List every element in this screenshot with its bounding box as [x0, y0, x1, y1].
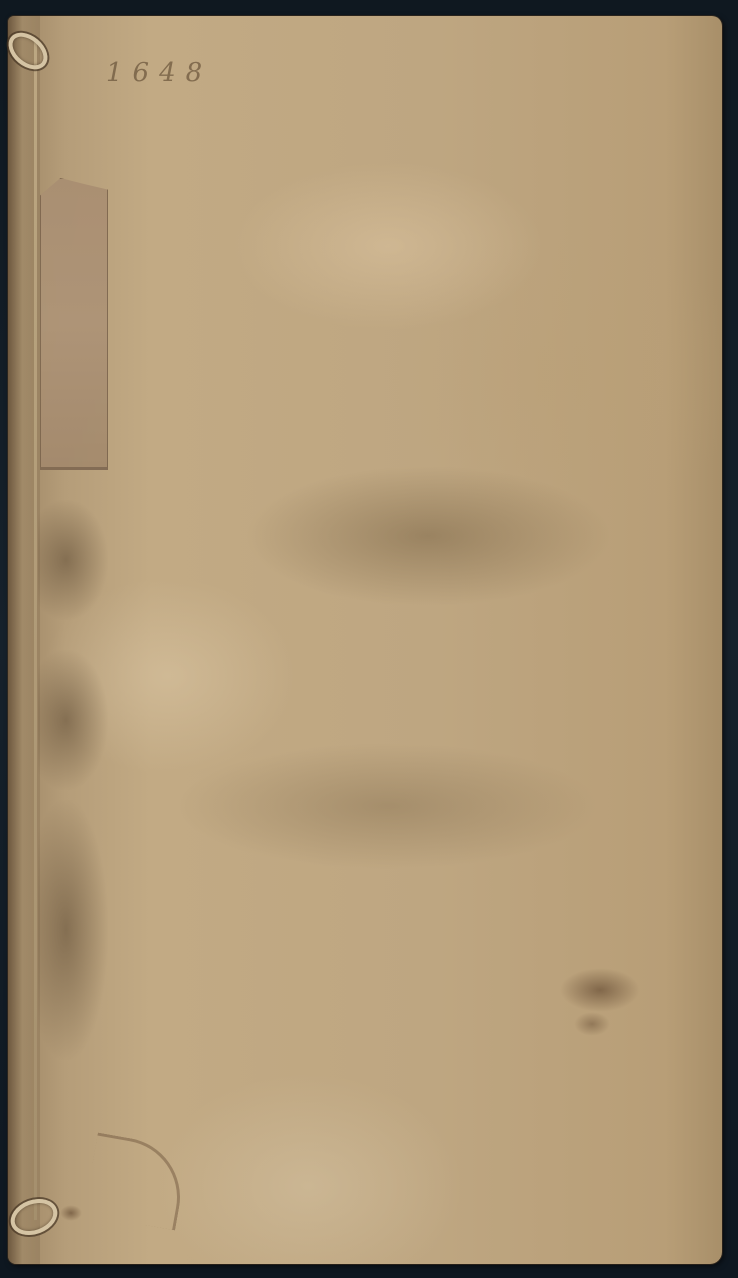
handwritten-number: 1648 — [106, 58, 212, 88]
spine-fold-line — [34, 40, 37, 1220]
ink-spot-bottom — [60, 1205, 82, 1221]
spine-wear-middle — [38, 650, 108, 790]
dark-stain-lower-right — [560, 968, 640, 1012]
spine-label-patch — [40, 178, 108, 470]
spine-wear-lower — [38, 800, 108, 1060]
spine-wear-upper — [38, 500, 108, 620]
book-cover — [8, 16, 722, 1264]
small-stain-lower-right — [574, 1012, 610, 1036]
